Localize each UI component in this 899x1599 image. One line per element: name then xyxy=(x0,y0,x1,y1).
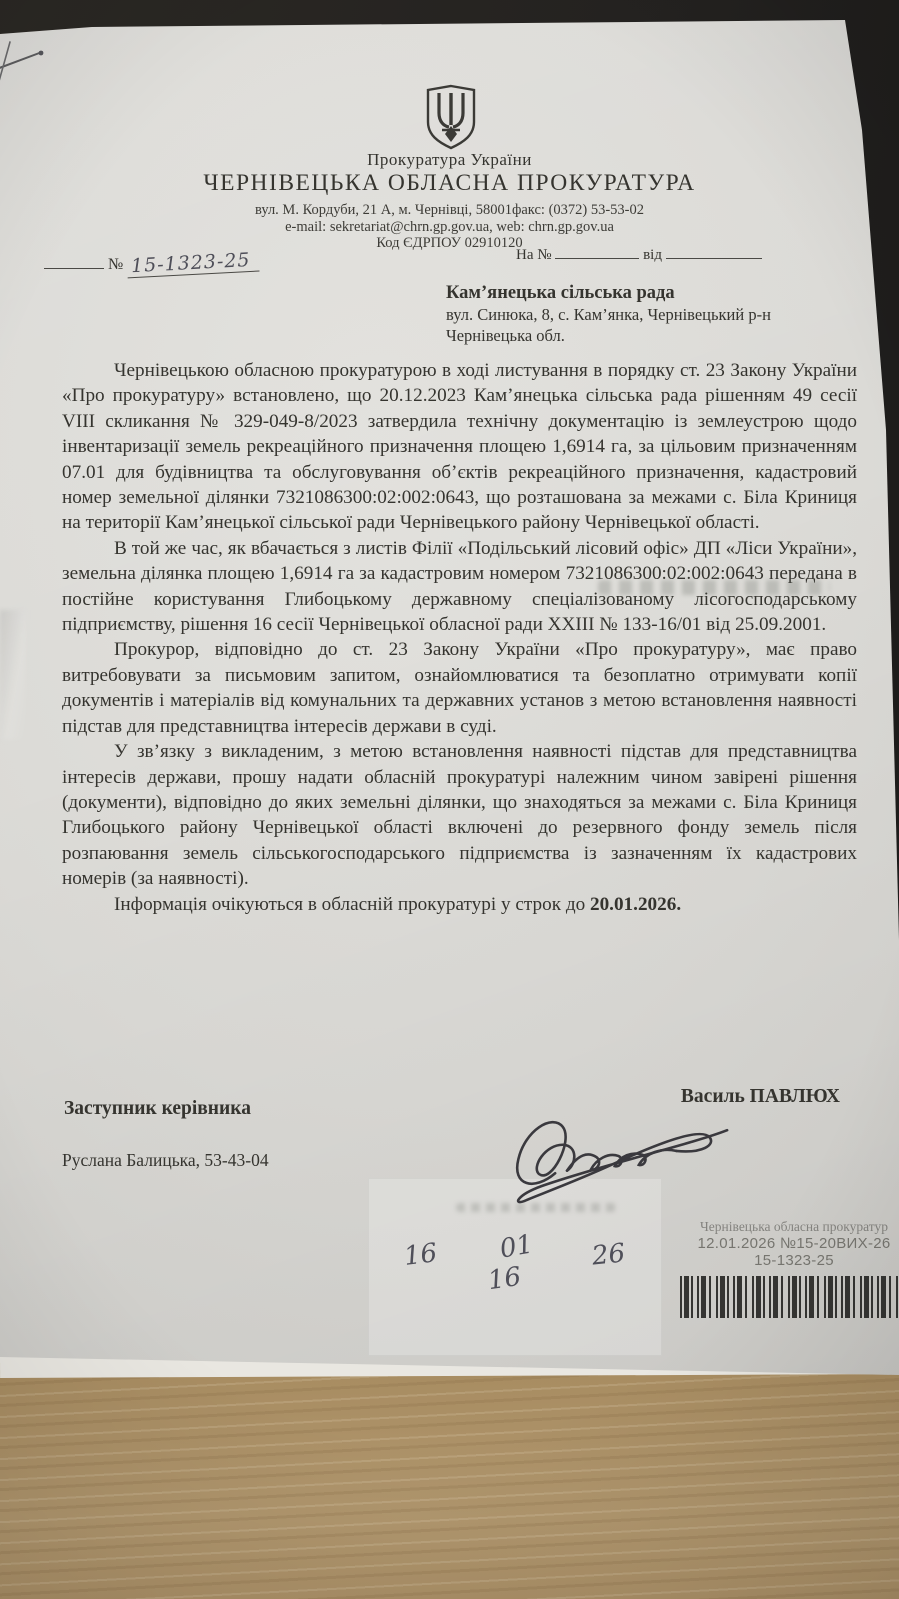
deadline-date: 20.01.2026. xyxy=(590,894,681,915)
registration-stamp: Чернівецька обласна прокуратур 12.01.202… xyxy=(664,1218,899,1269)
stamp-barcode xyxy=(680,1276,899,1318)
signer-position-title: Заступник керівника xyxy=(64,1098,251,1120)
executor-contact-line: Руслана Балицька, 53-43-04 xyxy=(62,1150,269,1171)
ukraine-trident-emblem-icon xyxy=(425,84,477,150)
paragraph-2: В той же час, як вбачається з листів Філ… xyxy=(62,536,857,638)
paragraph-deadline: Інформація очікуються в обласній прокура… xyxy=(62,892,857,917)
handwritten-note: 01 xyxy=(498,1229,536,1264)
paper-fold xyxy=(0,610,26,740)
paragraph-1: Чернівецькою обласною прокуратурою в ход… xyxy=(62,358,857,536)
outgoing-number-label: № xyxy=(108,256,123,273)
addressee-address-line1: вул. Синюка, 8, с. Кам’янка, Чернівецьки… xyxy=(446,304,826,325)
document-paper: Прокуратура України ЧЕРНІВЕЦЬКА ОБЛАСНА … xyxy=(0,0,899,1599)
paragraph-3: Прокурор, відповідно до ст. 23 Закону Ук… xyxy=(62,637,857,739)
outgoing-reference-row: № 15-1323-25 xyxy=(44,252,259,275)
org-name-title: ЧЕРНІВЕЦЬКА ОБЛАСНА ПРОКУРАТУРА xyxy=(0,170,899,197)
photographed-document-scene: Прокуратура України ЧЕРНІВЕЦЬКА ОБЛАСНА … xyxy=(0,0,899,1599)
addressee-name: Кам’янецька сільська рада xyxy=(446,283,826,304)
letter-body: Чернівецькою обласною прокуратурою в ход… xyxy=(62,358,857,917)
stamp-org-line: Чернівецька обласна прокуратур xyxy=(664,1218,899,1235)
paragraph-4: У зв’язку з викладеним, з метою встановл… xyxy=(62,739,857,891)
org-parent-title: Прокуратура України xyxy=(0,150,899,170)
org-contacts-line: e-mail: sekretariat@chrn.gp.gov.ua, web:… xyxy=(0,219,899,236)
stamp-number-line: 12.01.2026 №15-20ВИХ-26 xyxy=(664,1235,899,1252)
blank-line xyxy=(44,254,104,269)
blank-line xyxy=(666,244,762,259)
handwritten-note: 16 xyxy=(486,1262,523,1296)
handwritten-signature xyxy=(489,1086,745,1214)
addressee-block: Кам’янецька сільська рада вул. Синюка, 8… xyxy=(446,283,826,346)
incoming-date-label: від xyxy=(643,247,662,263)
addressee-address-line2: Чернівецька обл. xyxy=(446,325,826,346)
pen-cross-mark-icon xyxy=(0,36,58,100)
outgoing-number-handwritten: 15-1323-25 xyxy=(127,249,260,279)
stamp-ref-line: 15-1323-25 xyxy=(664,1252,899,1269)
blank-line xyxy=(555,244,639,259)
incoming-number-label: На № xyxy=(516,247,552,263)
handwritten-note: 16 xyxy=(402,1238,439,1272)
handwritten-note: 26 xyxy=(591,1238,627,1271)
deadline-text: Інформація очікуються в обласній прокура… xyxy=(114,894,590,915)
org-edrpou-line: Код ЄДРПОУ 02910120 xyxy=(0,235,899,252)
incoming-reference-row: На № від xyxy=(516,244,762,264)
org-address-line: вул. М. Кордуби, 21 А, м. Чернівці, 5800… xyxy=(0,202,899,219)
